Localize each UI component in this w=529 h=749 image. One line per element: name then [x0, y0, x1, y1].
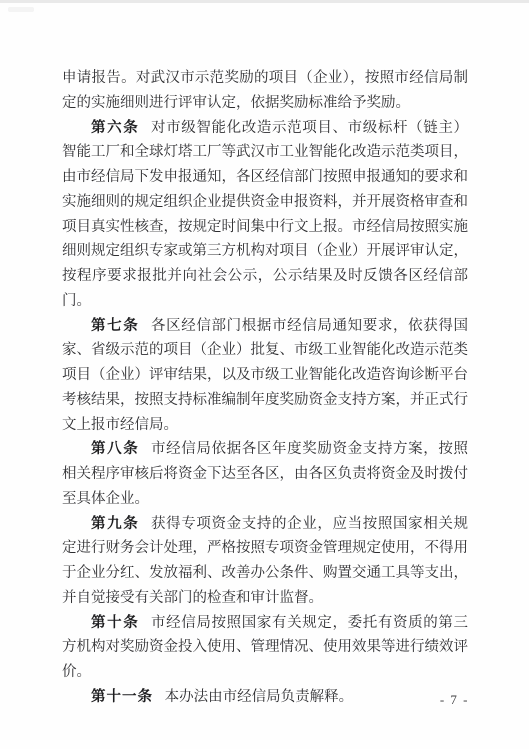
article-text: 各区经信部门根据市经信局通知要求，依获得国家、省级示范的项目（企业）批复、市级工… [62, 318, 468, 433]
article-label: 第十条 [91, 615, 139, 631]
article-text: 本办法由市经信局负责解释。 [165, 689, 354, 705]
document-body: 申请报告。对武汉市示范奖励的项目（企业），按照市经信局制定的实施细则进行评审认定… [62, 66, 468, 710]
scan-smudge [8, 7, 34, 12]
article-text: 对市级智能化改造示范项目、市级标杆（链主）智能工厂和全球灯塔工厂等武汉市工业智能… [62, 120, 468, 309]
paragraph: 第八条市经信局依据各区年度奖励资金支持方案，按照相关程序审核后将资金下达至各区，… [62, 437, 468, 511]
paragraph: 申请报告。对武汉市示范奖励的项目（企业），按照市经信局制定的实施细则进行评审认定… [62, 66, 468, 116]
paragraph: 第六条对市级智能化改造示范项目、市级标杆（链主）智能工厂和全球灯塔工厂等武汉市工… [62, 116, 468, 314]
paragraph: 第九条获得专项资金支持的企业，应当按照国家相关规定进行财务会计处理，严格按照专项… [62, 512, 468, 611]
paragraph: 第七条各区经信部门根据市经信局通知要求，依获得国家、省级示范的项目（企业）批复、… [62, 314, 468, 438]
paragraph: 第十条市经信局按照国家有关规定，委托有资质的第三方机构对奖励资金投入使用、管理情… [62, 611, 468, 685]
scan-top-edge [0, 0, 529, 3]
article-label: 第七条 [91, 318, 139, 334]
document-page: 申请报告。对武汉市示范奖励的项目（企业），按照市经信局制定的实施细则进行评审认定… [0, 0, 529, 749]
article-text: 申请报告。对武汉市示范奖励的项目（企业），按照市经信局制定的实施细则进行评审认定… [62, 70, 468, 111]
page-number: - 7 - [440, 692, 469, 708]
article-label: 第八条 [91, 441, 139, 457]
article-label: 第六条 [91, 120, 139, 136]
paragraph: 第十一条本办法由市经信局负责解释。 [62, 685, 468, 710]
article-label: 第十一条 [91, 689, 153, 705]
article-label: 第九条 [91, 516, 139, 532]
